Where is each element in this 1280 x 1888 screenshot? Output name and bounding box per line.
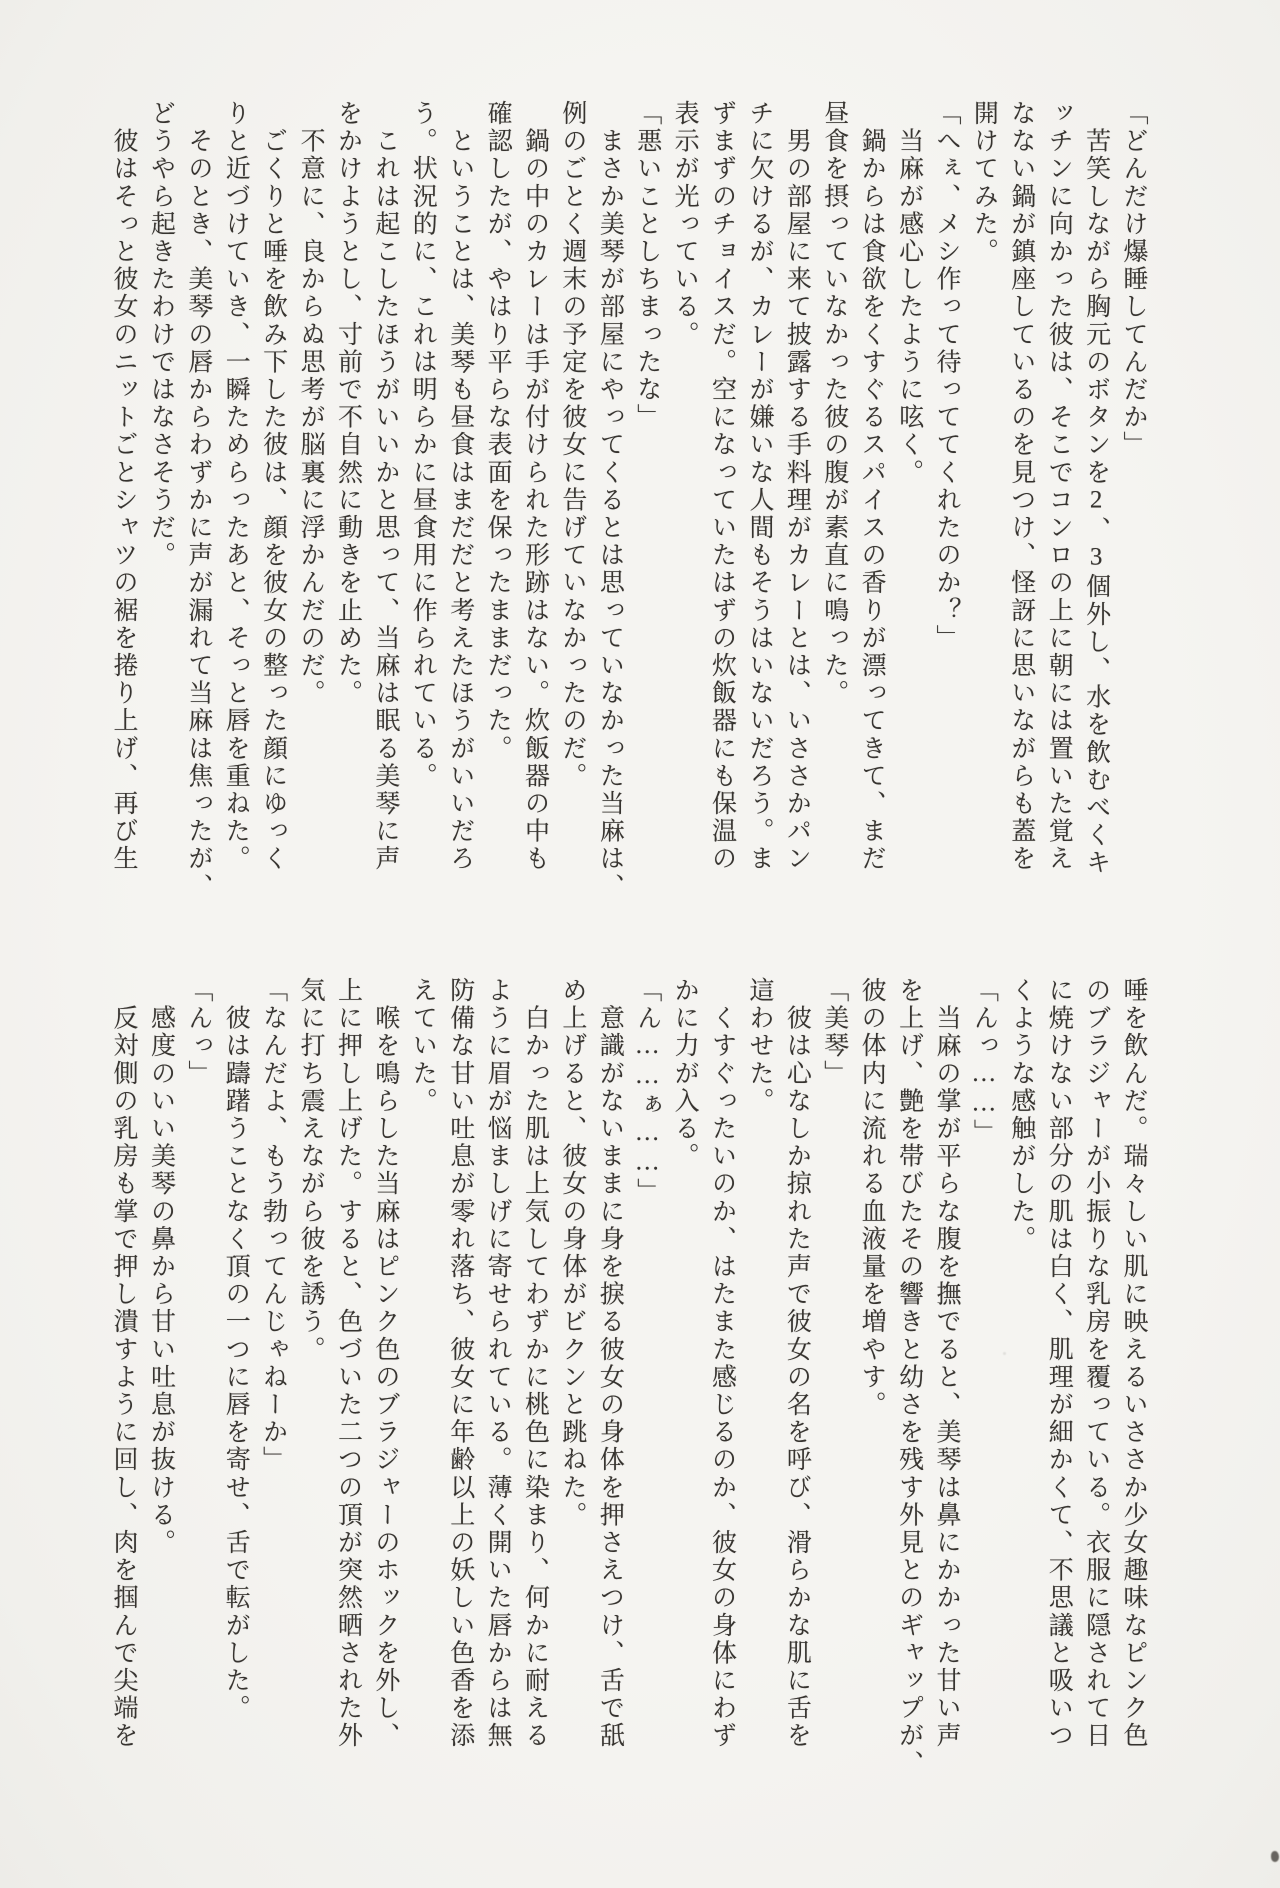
text-column: 男の部屋に来て披露する手料理がカレーとは、いささかパン [778, 100, 815, 884]
text-column: なない鍋が鎮座しているのを見つけ、怪訝に思いながらも蓋を [1002, 100, 1039, 884]
text-column: う。状況的に、これは明らかに昼食用に作られている。 [404, 100, 441, 884]
text-column: め上げると、彼女の身体がビクンと跳ねた。 [554, 977, 591, 1773]
text-column: 例のごとく週末の予定を彼女に告げていなかったのだ。 [554, 100, 591, 884]
text-column: ごくりと唾を飲み下した彼は、顔を彼女の整った顔にゆっく [254, 100, 291, 884]
text-column: ように眉が悩ましげに寄せられている。薄く開いた唇からは無 [479, 977, 516, 1773]
text-column: 「美琴」 [815, 977, 852, 1773]
text-column: 防備な甘い吐息が零れ落ち、彼女に年齢以上の妖しい色香を添 [441, 977, 478, 1773]
text-column: 苦笑しながら胸元のボタンを2、3個外し、水を飲むべくキ [1077, 100, 1114, 884]
text-column: これは起こしたほうがいいかと思って、当麻は眠る美琴に声 [366, 100, 403, 884]
text-column: 気に打ち震えながら彼を誘う。 [292, 977, 329, 1773]
text-column: かに力が入る。 [666, 977, 703, 1773]
page-number-fragment [1271, 1851, 1279, 1862]
text-column: くすぐったいのか、はたまた感じるのか、彼女の身体にわず [703, 977, 740, 1773]
text-column: くような感触がした。 [1002, 977, 1039, 1773]
text-column: 「んっ」 [179, 977, 216, 1773]
text-column: えていた。 [404, 977, 441, 1773]
text-column: 開けてみた。 [965, 100, 1002, 884]
scan-speck [725, 1380, 729, 1384]
text-column: 唾を飲んだ。瑞々しい肌に映えるいささか少女趣味なピンク色 [1115, 977, 1152, 1773]
text-column: に焼けない部分の肌は白く、肌理が細かくて、不思議と吸いつ [1040, 977, 1077, 1773]
text-column: 「悪いことしちまったな」 [628, 100, 665, 884]
text-column: 「どんだけ爆睡してんだか」 [1115, 100, 1152, 884]
scan-speck [1003, 1352, 1006, 1355]
text-column: 這わせた。 [741, 977, 778, 1773]
scanned-novel-page: 「どんだけ爆睡してんだか」 苦笑しながら胸元のボタンを2、3個外し、水を飲むべく… [0, 0, 1280, 1888]
text-column: 喉を鳴らした当麻はピンク色のブラジャーのホックを外し、 [366, 977, 403, 1773]
bottom-text-block: 唾を飲んだ。瑞々しい肌に映えるいささか少女趣味なピンク色 のブラジャーが小振りな… [105, 977, 1152, 1773]
text-column: 不意に、良からぬ思考が脳裏に浮かんだのだ。 [292, 100, 329, 884]
text-column: 彼の体内に流れる血液量を増やす。 [853, 977, 890, 1773]
text-column: どうやら起きたわけではなさそうだ。 [142, 100, 179, 884]
text-column: 当麻の掌が平らな腹を撫でると、美琴は鼻にかかった甘い声 [928, 977, 965, 1773]
text-column: 反対側の乳房も掌で押し潰すように回し、肉を掴んで尖端を [105, 977, 142, 1773]
text-column: ということは、美琴も昼食はまだだと考えたほうがいいだろ [441, 100, 478, 884]
text-column: 昼食を摂っていなかった彼の腹が素直に鳴った。 [815, 100, 852, 884]
top-text-block: 「どんだけ爆睡してんだか」 苦笑しながら胸元のボタンを2、3個外し、水を飲むべく… [105, 100, 1152, 884]
text-column: ずまずのチョイスだ。空になっていたはずの炊飯器にも保温の [703, 100, 740, 884]
text-column: チに欠けるが、カレーが嫌いな人間もそうはいないだろう。ま [741, 100, 778, 884]
text-column: を上げ、艶を帯びたその響きと幼さを残す外見とのギャップが、 [890, 977, 927, 1773]
text-column: 当麻が感心したように呟く。 [890, 100, 927, 884]
text-column: 感度のいい美琴の鼻から甘い吐息が抜ける。 [142, 977, 179, 1773]
text-column: 「なんだよ、もう勃ってんじゃねーか」 [254, 977, 291, 1773]
text-column: 確認したが、やはり平らな表面を保ったままだった。 [479, 100, 516, 884]
text-column: をかけようとし、寸前で不自然に動きを止めた。 [329, 100, 366, 884]
text-column: 白かった肌は上気してわずかに桃色に染まり、何かに耐える [516, 977, 553, 1773]
text-column: そのとき、美琴の唇からわずかに声が漏れて当麻は焦ったが、 [179, 100, 216, 884]
text-column: まさか美琴が部屋にやってくるとは思っていなかった当麻は、 [591, 100, 628, 884]
text-column: 表示が光っている。 [666, 100, 703, 884]
text-column: 「ん……ぁ……」 [628, 977, 665, 1773]
text-column: 鍋からは食欲をくすぐるスパイスの香りが漂ってきて、まだ [853, 100, 890, 884]
text-column: 上に押し上げた。すると、色づいた二つの頂が突然晒された外 [329, 977, 366, 1773]
text-column: 意識がないままに身を捩る彼女の身体を押さえつけ、舌で舐 [591, 977, 628, 1773]
text-column: りと近づけていき、一瞬ためらったあと、そっと唇を重ねた。 [217, 100, 254, 884]
text-column: 彼は心なしか掠れた声で彼女の名を呼び、滑らかな肌に舌を [778, 977, 815, 1773]
text-column: 「へぇ、メシ作って待っててくれたのか？」 [928, 100, 965, 884]
text-column: 鍋の中のカレーは手が付けられた形跡はない。炊飯器の中も [516, 100, 553, 884]
text-column: 彼は躊躇うことなく頂の一つに唇を寄せ、舌で転がした。 [217, 977, 254, 1773]
text-column: のブラジャーが小振りな乳房を覆っている。衣服に隠されて日 [1077, 977, 1114, 1773]
text-column: 彼はそっと彼女のニットごとシャツの裾を捲り上げ、再び生 [105, 100, 142, 884]
text-column: 「んっ……」 [965, 977, 1002, 1773]
text-column: ッチンに向かった彼は、そこでコンロの上に朝には置いた覚え [1040, 100, 1077, 884]
